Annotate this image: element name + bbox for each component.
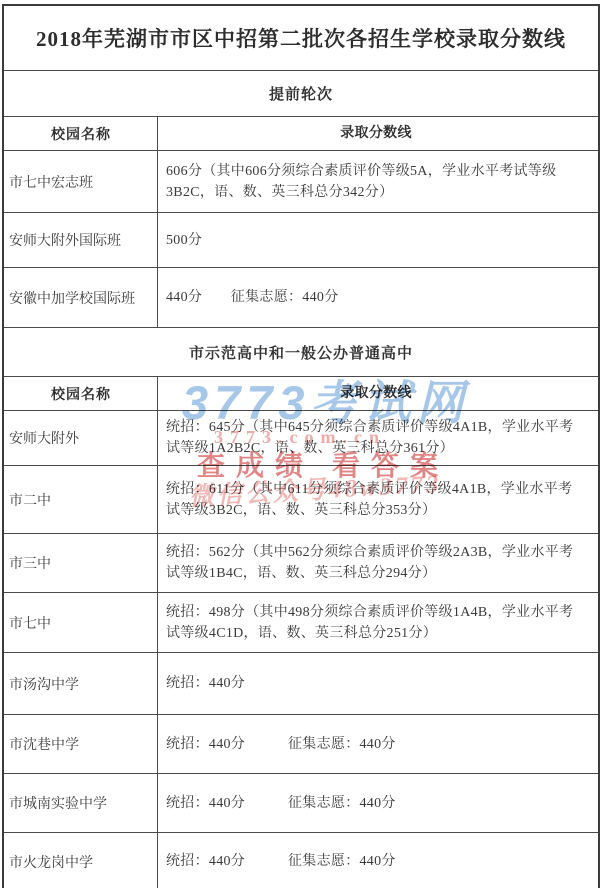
column-header-score: 录取分数线 <box>158 377 598 410</box>
score-cell: 统招：611分（其中611分须综合素质评价等级4A1B，学业水平考试等级3B2C… <box>158 466 598 533</box>
school-cell: 市七中 <box>4 593 158 652</box>
score-cell: 统招：645分（其中645分须综合素质评价等级4A1B，学业水平考试等级1A2B… <box>158 411 598 465</box>
column-header-score: 录取分数线 <box>158 117 598 150</box>
table-row: 市城南实验中学 统招：440分 征集志愿：440分 <box>4 773 598 832</box>
score-cell: 统招：440分 <box>158 653 598 714</box>
table-row: 市七中宏志班 606分（其中606分须综合素质评价等级5A，学业水平考试等级3B… <box>4 150 598 212</box>
table-row: 市二中 统招：611分（其中611分须综合素质评价等级4A1B，学业水平考试等级… <box>4 465 598 533</box>
table-row: 安徽中加学校国际班 440分 征集志愿：440分 <box>4 267 598 327</box>
score-cell: 500分 <box>158 213 598 267</box>
table-row: 市七中 统招：498分（其中498分须综合素质评价等级1A4B，学业水平考试等级… <box>4 592 598 652</box>
score-cell: 统招：440分 征集志愿：440分 <box>158 715 598 773</box>
table-row: 安师大附外国际班 500分 <box>4 212 598 267</box>
school-cell: 市二中 <box>4 466 158 533</box>
score-cell: 统招：498分（其中498分须综合素质评价等级1A4B，学业水平考试等级4C1D… <box>158 593 598 652</box>
section-heading-public-high-schools: 市示范高中和一般公办普通高中 <box>4 327 598 376</box>
column-header-school: 校园名称 <box>4 117 158 150</box>
school-cell: 安师大附外国际班 <box>4 213 158 267</box>
table-row: 市火龙岗中学 统招：440分 征集志愿：440分 <box>4 832 598 888</box>
table-header-row: 校园名称 录取分数线 <box>4 376 598 410</box>
document-page: 2018年芜湖市市区中招第二批次各招生学校录取分数线 提前轮次 校园名称 录取分… <box>0 0 604 888</box>
school-cell: 市沈巷中学 <box>4 715 158 773</box>
school-cell: 市汤沟中学 <box>4 653 158 714</box>
table-row: 市三中 统招：562分（其中562分须综合素质评价等级2A3B，学业水平考试等级… <box>4 533 598 592</box>
school-cell: 市三中 <box>4 534 158 592</box>
admission-score-table: 2018年芜湖市市区中招第二批次各招生学校录取分数线 提前轮次 校园名称 录取分… <box>2 4 600 888</box>
school-cell: 安徽中加学校国际班 <box>4 268 158 327</box>
school-cell: 市城南实验中学 <box>4 774 158 832</box>
school-cell: 安师大附外 <box>4 411 158 465</box>
page-title: 2018年芜湖市市区中招第二批次各招生学校录取分数线 <box>4 6 598 70</box>
score-cell: 440分 征集志愿：440分 <box>158 268 598 327</box>
score-cell: 统招：562分（其中562分须综合素质评价等级2A3B，学业水平考试等级1B4C… <box>158 534 598 592</box>
score-cell: 606分（其中606分须综合素质评价等级5A，学业水平考试等级3B2C，语、数、… <box>158 151 598 212</box>
table-header-row: 校园名称 录取分数线 <box>4 116 598 150</box>
school-cell: 市火龙岗中学 <box>4 833 158 888</box>
score-cell: 统招：440分 征集志愿：440分 <box>158 774 598 832</box>
section-heading-early-round: 提前轮次 <box>4 70 598 116</box>
column-header-school: 校园名称 <box>4 377 158 410</box>
school-cell: 市七中宏志班 <box>4 151 158 212</box>
table-row: 市沈巷中学 统招：440分 征集志愿：440分 <box>4 714 598 773</box>
table-row: 安师大附外 统招：645分（其中645分须综合素质评价等级4A1B，学业水平考试… <box>4 410 598 465</box>
score-cell: 统招：440分 征集志愿：440分 <box>158 833 598 888</box>
table-row: 市汤沟中学 统招：440分 <box>4 652 598 714</box>
